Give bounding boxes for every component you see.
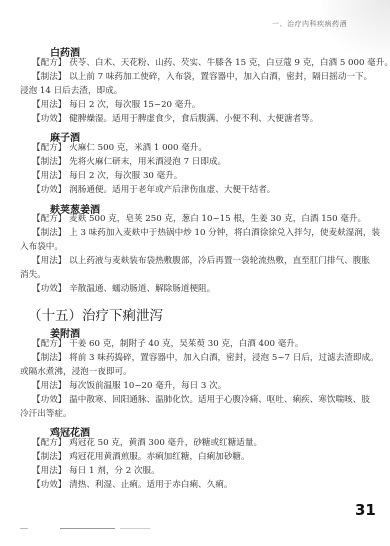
recipe-line-continued: 浸泡 14 日后去渣，即成。 [20,86,122,97]
recipe-line-continued: 消失。 [20,270,46,281]
page-edge-shadow [320,0,390,60]
recipe-line: 【用法】 以上药液与麦麸装布袋热敷腹部，冷后再置一袋轮流热敷，直至肛门排气、腹胀 [32,256,370,267]
recipe-line-continued: 或隔水煮沸，浸泡一夜即可。 [20,367,132,378]
recipe-line-continued: 冷汗出等症。 [20,409,72,420]
recipe-line: 【制法】 上 3 味药加入麦麸中于热锅中炒 10 分钟，将白酒徐徐兑入拌匀，使麦… [32,228,380,239]
recipe-line: 【配方】 干姜 60 克，制附子 40 克，吴茱萸 30 克，白酒 400 毫升… [32,339,303,350]
recipe-line: 【功效】 温中散寒、回阳通脉、温肺化饮。适用于心腹冷痛、呕吐、痢疾、寒饮喘咳、肢 [32,395,370,406]
recipe-title: 姜附酒 [50,325,80,340]
recipe-title: 鸡冠花酒 [50,424,90,439]
scan-artifact [60,528,115,529]
recipe-line: 【功效】 润肠通便。适用于老年或产后津伤血虚、大便干结者。 [32,185,275,196]
recipe-line: 【用法】 每日 1 剂，分 2 次服。 [32,466,160,477]
recipe-line: 【功效】 辛散温通、蠕动肠道、解除肠道梗阻。 [32,284,215,295]
recipe-title: 白药酒 [50,44,80,59]
recipe-line: 【配方】 鸡冠花 50 克，黄酒 300 毫升，砂糖或红糖适量。 [32,438,262,449]
running-header: 一、治疗内科疾病药酒 [272,19,347,29]
recipe-title: 麻子酒 [50,129,80,144]
recipe-line: 【配方】 茯苓、白术、天花粉、山药、芡实、牛膝各 15 克，白豆蔻 9 克，白酒… [32,58,390,69]
recipe-line: 【用法】 每日 2 次，每次服 15~20 毫升。 [32,100,201,111]
scan-artifact [120,528,150,529]
recipe-line-continued: 入布袋中。 [20,242,63,253]
recipe-line: 【功效】 健脾燥湿。适用于脾虚食少，食后腹满、小便不利、大便溏者等。 [32,114,318,125]
recipe-line: 【配方】 火麻仁 500 克，米酒 1 000 毫升。 [32,143,207,154]
section-heading: （十五）治疗下痢泄泻 [28,304,163,324]
recipe-line: 【功效】 清热、利湿、止痢。适用于赤白痢、久痢。 [32,480,232,491]
recipe-line: 【用法】 每次饭前温服 10~20 毫升，每日 3 次。 [32,381,226,392]
recipe-line: 【制法】 鸡冠花用黄酒煎服。赤痢加红糖，白痢加砂糖。 [32,452,250,463]
scan-artifact [20,528,28,529]
recipe-line: 【制法】 以上前 7 味药加工使碎，入布袋，置容器中，加入白酒，密封，隔日摇动一… [32,72,372,83]
recipe-line: 【制法】 先将火麻仁研末，用米酒浸泡 7 日即成。 [32,157,226,168]
recipe-line: 【制法】 将前 3 味药捣碎，置容器中，加入白酒，密封，浸泡 5~7 日后，过滤… [32,353,379,364]
recipe-line: 【配方】 麦麸 500 克，皂荚 250 克，葱白 10~15 根，生姜 30 … [32,214,366,225]
page-number: 31 [355,501,376,519]
recipe-line: 【用法】 每日 2 次，每次服 30 毫升。 [32,171,182,182]
